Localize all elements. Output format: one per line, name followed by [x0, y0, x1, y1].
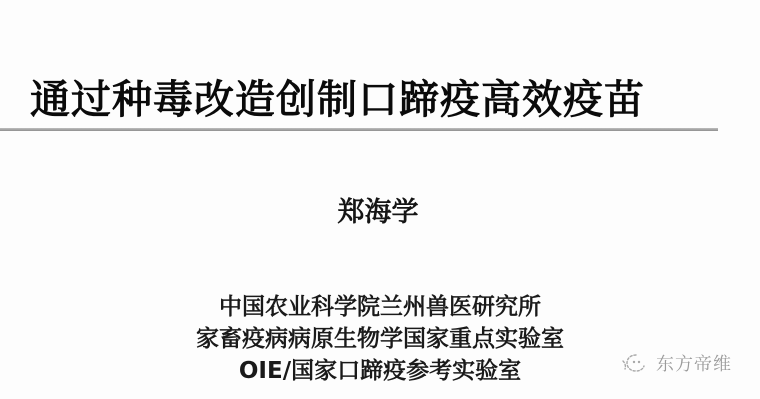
presentation-slide: 通过种毒改造创制口蹄疫高效疫苗 郑海学 中国农业科学院兰州兽医研究所 家畜疫病病…: [0, 0, 760, 399]
author-name-text: 郑海学: [338, 197, 419, 228]
watermark: 东方帝维: [620, 350, 732, 376]
watermark-text: 东方帝维: [656, 350, 732, 376]
slide-title: 通过种毒改造创制口蹄疫高效疫苗: [30, 76, 645, 124]
affiliation-line: 中国农业科学院兰州兽医研究所: [0, 291, 760, 323]
wechat-official-account-icon: [620, 351, 648, 375]
author-name: 郑海学: [0, 196, 760, 230]
title-divider: [0, 128, 718, 131]
